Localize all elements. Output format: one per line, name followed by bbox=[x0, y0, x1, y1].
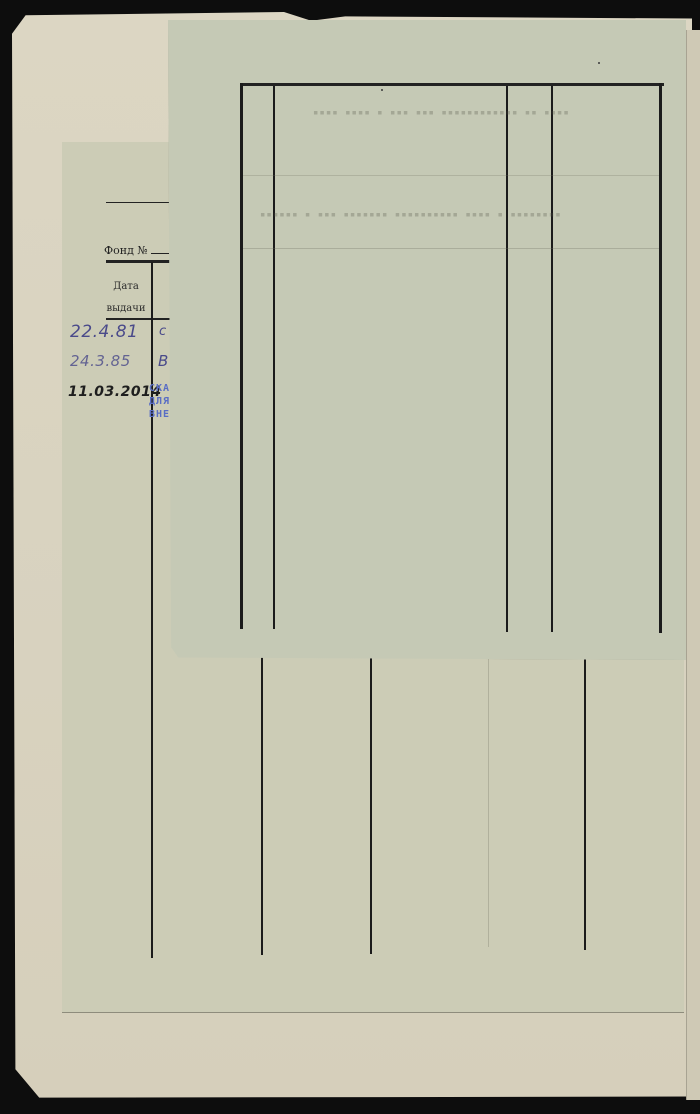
overlay-table-sheet: ▪▪▪▪ ▪▪▪▪ ▪ ▪▪▪ ▪▪▪ ▪▪▪▪▪▪▪▪▪▪▪▪ ▪▪ ▪▪▪▪… bbox=[168, 20, 686, 660]
handwritten-date-3: 11.03.2014 bbox=[68, 384, 162, 400]
fragment-mark-2: В bbox=[158, 352, 169, 370]
header-double-rule bbox=[106, 260, 170, 263]
handwritten-date-2: 24.3.85 bbox=[70, 352, 131, 370]
issue-date-header: Дата выдачи bbox=[102, 276, 150, 320]
table-right-border bbox=[659, 83, 662, 633]
table-column-rule-2 bbox=[506, 86, 508, 632]
stamp-line-3: ВНЕ bbox=[149, 408, 170, 421]
stamp-line-1: СКА bbox=[149, 382, 170, 395]
table-column-rule-3 bbox=[551, 86, 553, 632]
card-column-rule-2 bbox=[261, 657, 263, 955]
top-rule bbox=[106, 202, 170, 203]
card-faint-rule bbox=[488, 657, 489, 947]
paper-speck bbox=[381, 89, 383, 91]
table-header-faint-rule-1 bbox=[243, 175, 659, 176]
issue-date-header-line1: Дата bbox=[102, 276, 150, 298]
folder-spine-edge bbox=[686, 30, 700, 1100]
table-column-rule-1 bbox=[273, 86, 275, 629]
card-column-rule-3 bbox=[370, 657, 372, 954]
fond-number-label: Фонд № bbox=[104, 244, 169, 257]
fond-number-blank bbox=[151, 253, 169, 254]
header-bottom-rule bbox=[106, 318, 170, 320]
stamp-line-2: ДЛЯ bbox=[149, 395, 170, 408]
fragment-mark-1: с bbox=[159, 324, 167, 339]
archive-stamp: СКА ДЛЯ ВНЕ bbox=[149, 382, 170, 421]
table-header-faint-rule-2 bbox=[243, 248, 659, 249]
table-top-border bbox=[242, 83, 664, 86]
paper-speck bbox=[598, 62, 600, 64]
issue-date-header-line2: выдачи bbox=[102, 298, 150, 320]
card-column-rule-4 bbox=[584, 657, 586, 950]
bleedthrough-text-2: ▪▪▪▪▪▪ ▪ ▪▪▪ ▪▪▪▪▪▪▪ ▪▪▪▪▪▪▪▪▪▪ ▪▪▪▪ ▪ ▪… bbox=[260, 210, 562, 220]
handwritten-date-1: 22.4.81 bbox=[70, 322, 138, 342]
table-left-border bbox=[240, 83, 243, 629]
bleedthrough-text-1: ▪▪▪▪ ▪▪▪▪ ▪ ▪▪▪ ▪▪▪ ▪▪▪▪▪▪▪▪▪▪▪▪ ▪▪ ▪▪▪▪ bbox=[313, 108, 570, 118]
fond-label-text: Фонд № bbox=[104, 244, 148, 257]
card-column-rule-1 bbox=[151, 262, 153, 958]
